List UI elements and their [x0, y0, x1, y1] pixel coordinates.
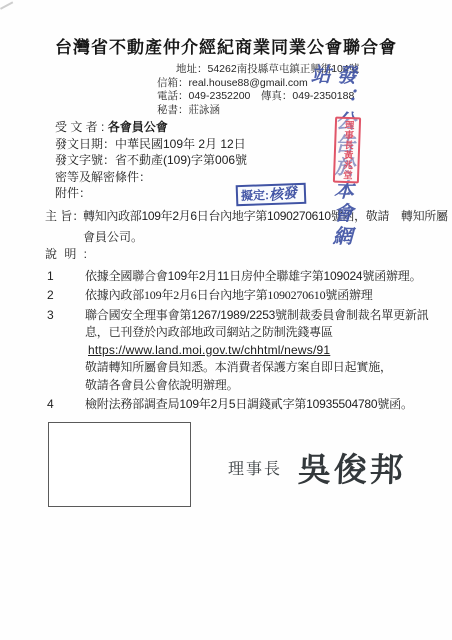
subject-text-line1: 轉知內政部109年2月6日台內地字第1090270610號函，敬請 轉知所屬	[83, 206, 437, 227]
item-note-line1: 敬請轉知所屬會員知悉。本消費者保護方案自即日起實施，	[85, 359, 445, 377]
chairman-red-seal: 理事長黃兆堂	[333, 117, 361, 184]
chairman-red-seal-text: 理事長黃兆堂	[341, 120, 353, 180]
draft-stamp-signature: 核發	[268, 182, 298, 205]
explanation-label: 說 明 :	[45, 246, 445, 264]
item-number: 4	[47, 396, 54, 414]
reference-number-line: 發文字號：省不動產(109)字第006號	[55, 152, 247, 169]
item-text: 聯合國安全理事會第1267/1989/2253號制裁委員會制裁名單更新訊息，已刊…	[85, 307, 445, 395]
page-title: 台灣省不動產仲介經紀商業同業公會聯合會	[0, 33, 452, 58]
chairman-name: 吳俊邦	[298, 444, 408, 491]
item-note-line2: 敬請各會員公會依說明辦理。	[85, 377, 445, 395]
draft-stamp-label: 擬定:	[238, 186, 270, 204]
item-text-main: 聯合國安全理事會第1267/1989/2253號制裁委員會制裁名單更新訊息，已刊…	[85, 307, 445, 342]
recipient-line: 受 文 者 : 各會員公會	[55, 119, 247, 136]
attachment-line: 附件：	[55, 185, 247, 202]
signature-title: 理事長	[228, 456, 282, 479]
letter-meta-block: 受 文 者 : 各會員公會 發文日期：中華民國109年 2月 12日 發文字號：…	[55, 119, 247, 202]
draft-approval-stamp: 擬定: 核發	[236, 183, 307, 206]
recipient-label: 受 文 者 :	[55, 120, 104, 134]
list-item: 1 依據全國聯合會109年2月11日房仲全聯雄字第109024號函辦理。	[45, 268, 445, 286]
pen-scribble-mark	[0, 1, 18, 18]
signature-block: 理事長 吳俊邦	[228, 444, 406, 491]
moi-news-link: https://www.land.moi.gov.tw/chhtml/news/…	[88, 342, 330, 360]
subject-block: 主 旨： 轉知內政部109年2月6日台內地字第1090270610號函，敬請 轉…	[45, 206, 437, 248]
item-number: 3	[47, 307, 54, 325]
item-text: 依據內政部109年2月6日台內地字第1090270610號函辦理	[85, 287, 445, 305]
subject-text-line2: 會員公司。	[83, 227, 437, 248]
item-number: 1	[47, 268, 54, 286]
item-text: 依據全國聯合會109年2月11日房仲全聯雄字第109024號函辦理。	[85, 268, 445, 286]
issue-date-line: 發文日期：中華民國109年 2月 12日	[55, 136, 247, 153]
empty-seal-box	[48, 422, 191, 507]
subject-label: 主 旨：	[45, 206, 84, 227]
recipient-value: 各會員公會	[108, 120, 168, 134]
list-item: 2 依據內政部109年2月6日台內地字第1090270610號函辦理	[45, 287, 445, 305]
list-item: 3 聯合國安全理事會第1267/1989/2253號制裁委員會制裁名單更新訊息，…	[45, 307, 445, 395]
list-item: 4 檢附法務部調查局109年2月5日調錢貳字第10935504780號函。	[45, 396, 445, 414]
item-text: 檢附法務部調查局109年2月5日調錢貳字第10935504780號函。	[85, 396, 445, 414]
security-class-line: 密等及解密條件：	[55, 169, 247, 186]
explanation-block: 說 明 : 1 依據全國聯合會109年2月11日房仲全聯雄字第109024號函辦…	[45, 246, 445, 416]
scanned-official-letter: 台灣省不動產仲介經紀商業同業公會聯合會 地址：54262南投縣草屯鎮正興街104…	[0, 0, 452, 640]
item-number: 2	[47, 287, 54, 305]
